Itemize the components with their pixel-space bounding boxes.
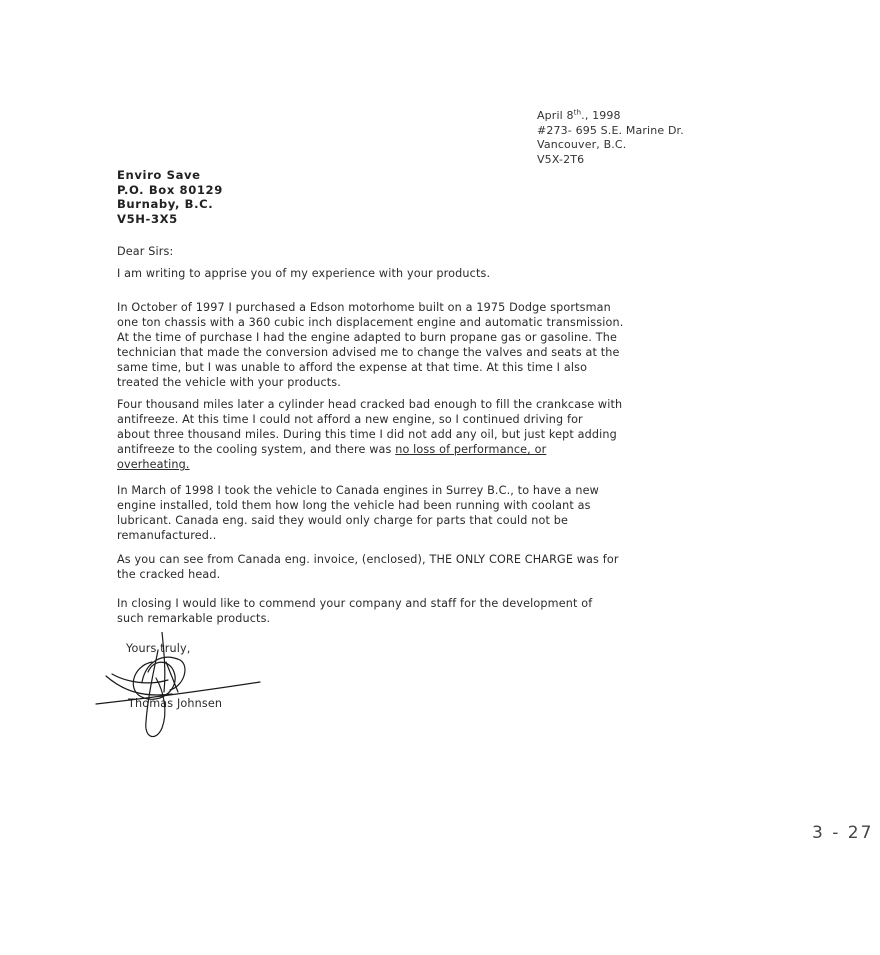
- underlined-emphasis: overheating.: [117, 457, 622, 472]
- paragraph-line: lubricant. Canada eng. said they would o…: [117, 513, 599, 528]
- recipient-city: Burnaby, B.C.: [117, 197, 223, 212]
- handwritten-signature: [92, 632, 262, 742]
- recipient-name: Enviro Save: [117, 168, 223, 183]
- paragraph-new-engine: In March of 1998 I took the vehicle to C…: [117, 483, 599, 543]
- paragraph-line: technician that made the conversion advi…: [117, 345, 623, 360]
- recipient-address: Enviro Save P.O. Box 80129 Burnaby, B.C.…: [117, 168, 223, 226]
- paragraph-line: In March of 1998 I took the vehicle to C…: [117, 483, 599, 498]
- paragraph-line: Four thousand miles later a cylinder hea…: [117, 397, 622, 412]
- sender-street: #273- 695 S.E. Marine Dr.: [537, 124, 684, 139]
- recipient-postal-code: V5H-3X5: [117, 212, 223, 227]
- paragraph-intro: I am writing to apprise you of my experi…: [117, 266, 490, 281]
- letter-page: April 8th., 1998 #273- 695 S.E. Marine D…: [0, 0, 880, 955]
- sender-address: April 8th., 1998 #273- 695 S.E. Marine D…: [537, 109, 684, 167]
- sender-city: Vancouver, B.C.: [537, 138, 684, 153]
- page-number: 3 - 27: [812, 823, 873, 843]
- paragraph-line: antifreeze to the cooling system, and th…: [117, 442, 622, 457]
- paragraph-line: antifreeze. At this time I could not aff…: [117, 412, 622, 427]
- paragraph-line: I am writing to apprise you of my experi…: [117, 266, 490, 281]
- paragraph-line: engine installed, told them how long the…: [117, 498, 599, 513]
- sender-postal-code: V5X-2T6: [537, 153, 684, 168]
- paragraph-cracked-head: Four thousand miles later a cylinder hea…: [117, 397, 622, 472]
- paragraph-line: one ton chassis with a 360 cubic inch di…: [117, 315, 623, 330]
- paragraph-invoice: As you can see from Canada eng. invoice,…: [117, 552, 619, 582]
- paragraph-line: treated the vehicle with your products.: [117, 375, 623, 390]
- paragraph-line: At the time of purchase I had the engine…: [117, 330, 623, 345]
- paragraph-closing: In closing I would like to commend your …: [117, 596, 592, 626]
- paragraph-line: such remarkable products.: [117, 611, 592, 626]
- salutation: Dear Sirs:: [117, 244, 173, 259]
- underlined-emphasis: no loss of performance, or: [395, 443, 546, 456]
- paragraph-line: remanufactured..: [117, 528, 599, 543]
- recipient-po-box: P.O. Box 80129: [117, 183, 223, 198]
- paragraph-line: In closing I would like to commend your …: [117, 596, 592, 611]
- letter-date: April 8th., 1998: [537, 109, 684, 124]
- paragraph-line: about three thousand miles. During this …: [117, 427, 622, 442]
- paragraph-line: In October of 1997 I purchased a Edson m…: [117, 300, 623, 315]
- line-text: antifreeze to the cooling system, and th…: [117, 443, 395, 456]
- paragraph-line: the cracked head.: [117, 567, 619, 582]
- paragraph-purchase: In October of 1997 I purchased a Edson m…: [117, 300, 623, 390]
- paragraph-line: same time, but I was unable to afford th…: [117, 360, 623, 375]
- paragraph-line: As you can see from Canada eng. invoice,…: [117, 552, 619, 567]
